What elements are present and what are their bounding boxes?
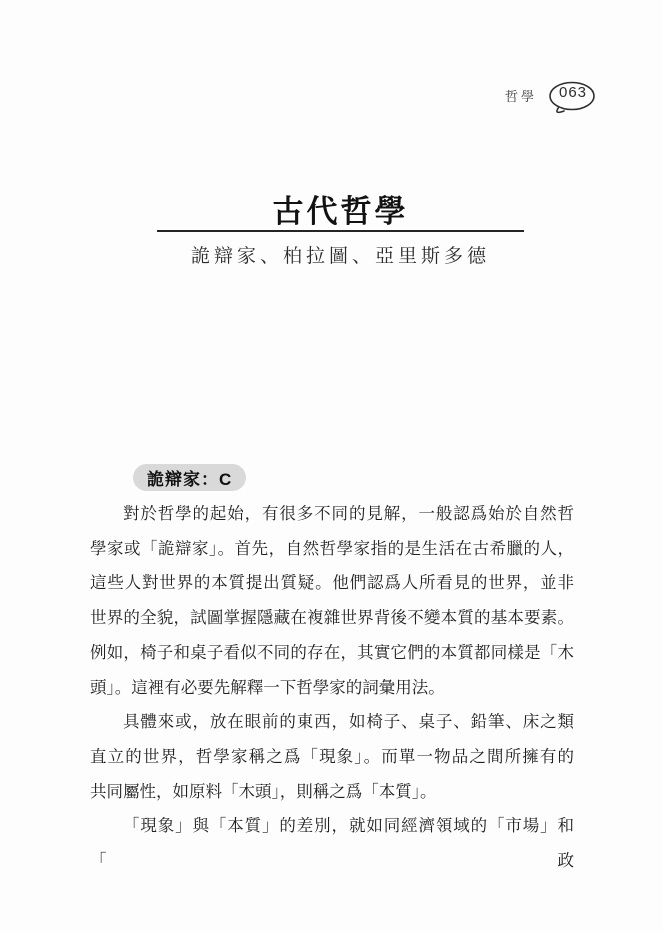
text-line: 對於哲學的起始，有很多不同的見解，一般認爲始於自然哲: [90, 497, 574, 532]
page-number-bubble: 063: [548, 81, 598, 117]
text-line: 世界的全貌，試圖掌握隱藏在複雜世界背後不變本質的基本要素。: [90, 601, 574, 636]
text-line: 學家或「詭辯家」。首先，自然哲學家指的是生活在古希臘的人，: [90, 532, 574, 567]
text-line: 共同屬性，如原料「木頭」，則稱之爲「本質」。: [90, 775, 574, 810]
chapter-title: 古代哲學: [157, 186, 524, 231]
text-line: 具體來或，放在眼前的東西，如椅子、桌子、鉛筆、床之類: [90, 705, 574, 740]
section-badge-label: 詭辯家：C: [147, 465, 232, 490]
category-label: 哲學: [505, 86, 537, 105]
text-line: 頭」。這裡有必要先解釋一下哲學家的詞彙用法。: [90, 671, 574, 706]
text-line: 這些人對世界的本質提出質疑。他們認爲人所看見的世界，並非: [90, 566, 574, 601]
text-line: 例如，椅子和桌子看似不同的存在，其實它們的本質都同樣是「木: [90, 636, 574, 671]
book-page: 哲學 063 古代哲學 詭辯家、柏拉圖、亞里斯多德 詭辯家：C 對於哲學的起始，…: [0, 0, 663, 932]
chapter-subtitle: 詭辯家、柏拉圖、亞里斯多德: [98, 241, 583, 268]
title-divider: [157, 230, 524, 232]
text-line: 直立的世界，哲學家稱之爲「現象」。而單一物品之間所擁有的: [90, 740, 574, 775]
text-line: 「現象」與「本質」的差別，就如同經濟領域的「市場」和「政: [90, 809, 574, 878]
page-number: 063: [548, 84, 598, 101]
body-text: 對於哲學的起始，有很多不同的見解，一般認爲始於自然哲 學家或「詭辯家」。首先，自…: [90, 497, 574, 879]
section-badge: 詭辯家：C: [133, 464, 246, 491]
